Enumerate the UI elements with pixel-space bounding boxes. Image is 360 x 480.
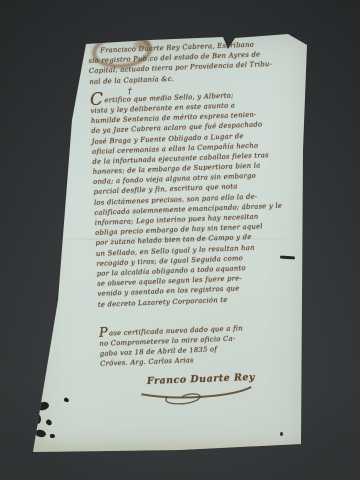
manuscript-photo: Francisco Duarte Rey Cabrera, Escribanos… <box>0 0 360 480</box>
ink-speck <box>280 432 283 436</box>
ink-blot <box>34 414 41 424</box>
ink-blot <box>35 429 46 438</box>
rubric-mark: † <box>128 86 133 96</box>
paragraph-body: †Certifico que medio Sello, y Alberto;vi… <box>90 88 292 319</box>
ink-blot <box>31 389 41 397</box>
ink-blot <box>37 401 50 412</box>
handwritten-text: Francisco Duarte Rey Cabrera, Escribanos… <box>88 39 295 389</box>
paragraph-opening: Francisco Duarte Rey Cabrera, Escribanos… <box>88 39 283 87</box>
paragraph-closing: Pase certificada nueva dado que a finno … <box>99 321 294 369</box>
manuscript-paper: Francisco Duarte Rey Cabrera, Escribanos… <box>30 30 310 458</box>
signature-block: Franco Duarte Rey <box>101 371 295 389</box>
ink-blot <box>63 397 69 403</box>
signature-flourish <box>137 381 258 408</box>
ink-blot <box>45 419 53 427</box>
ink-blot <box>50 434 55 438</box>
